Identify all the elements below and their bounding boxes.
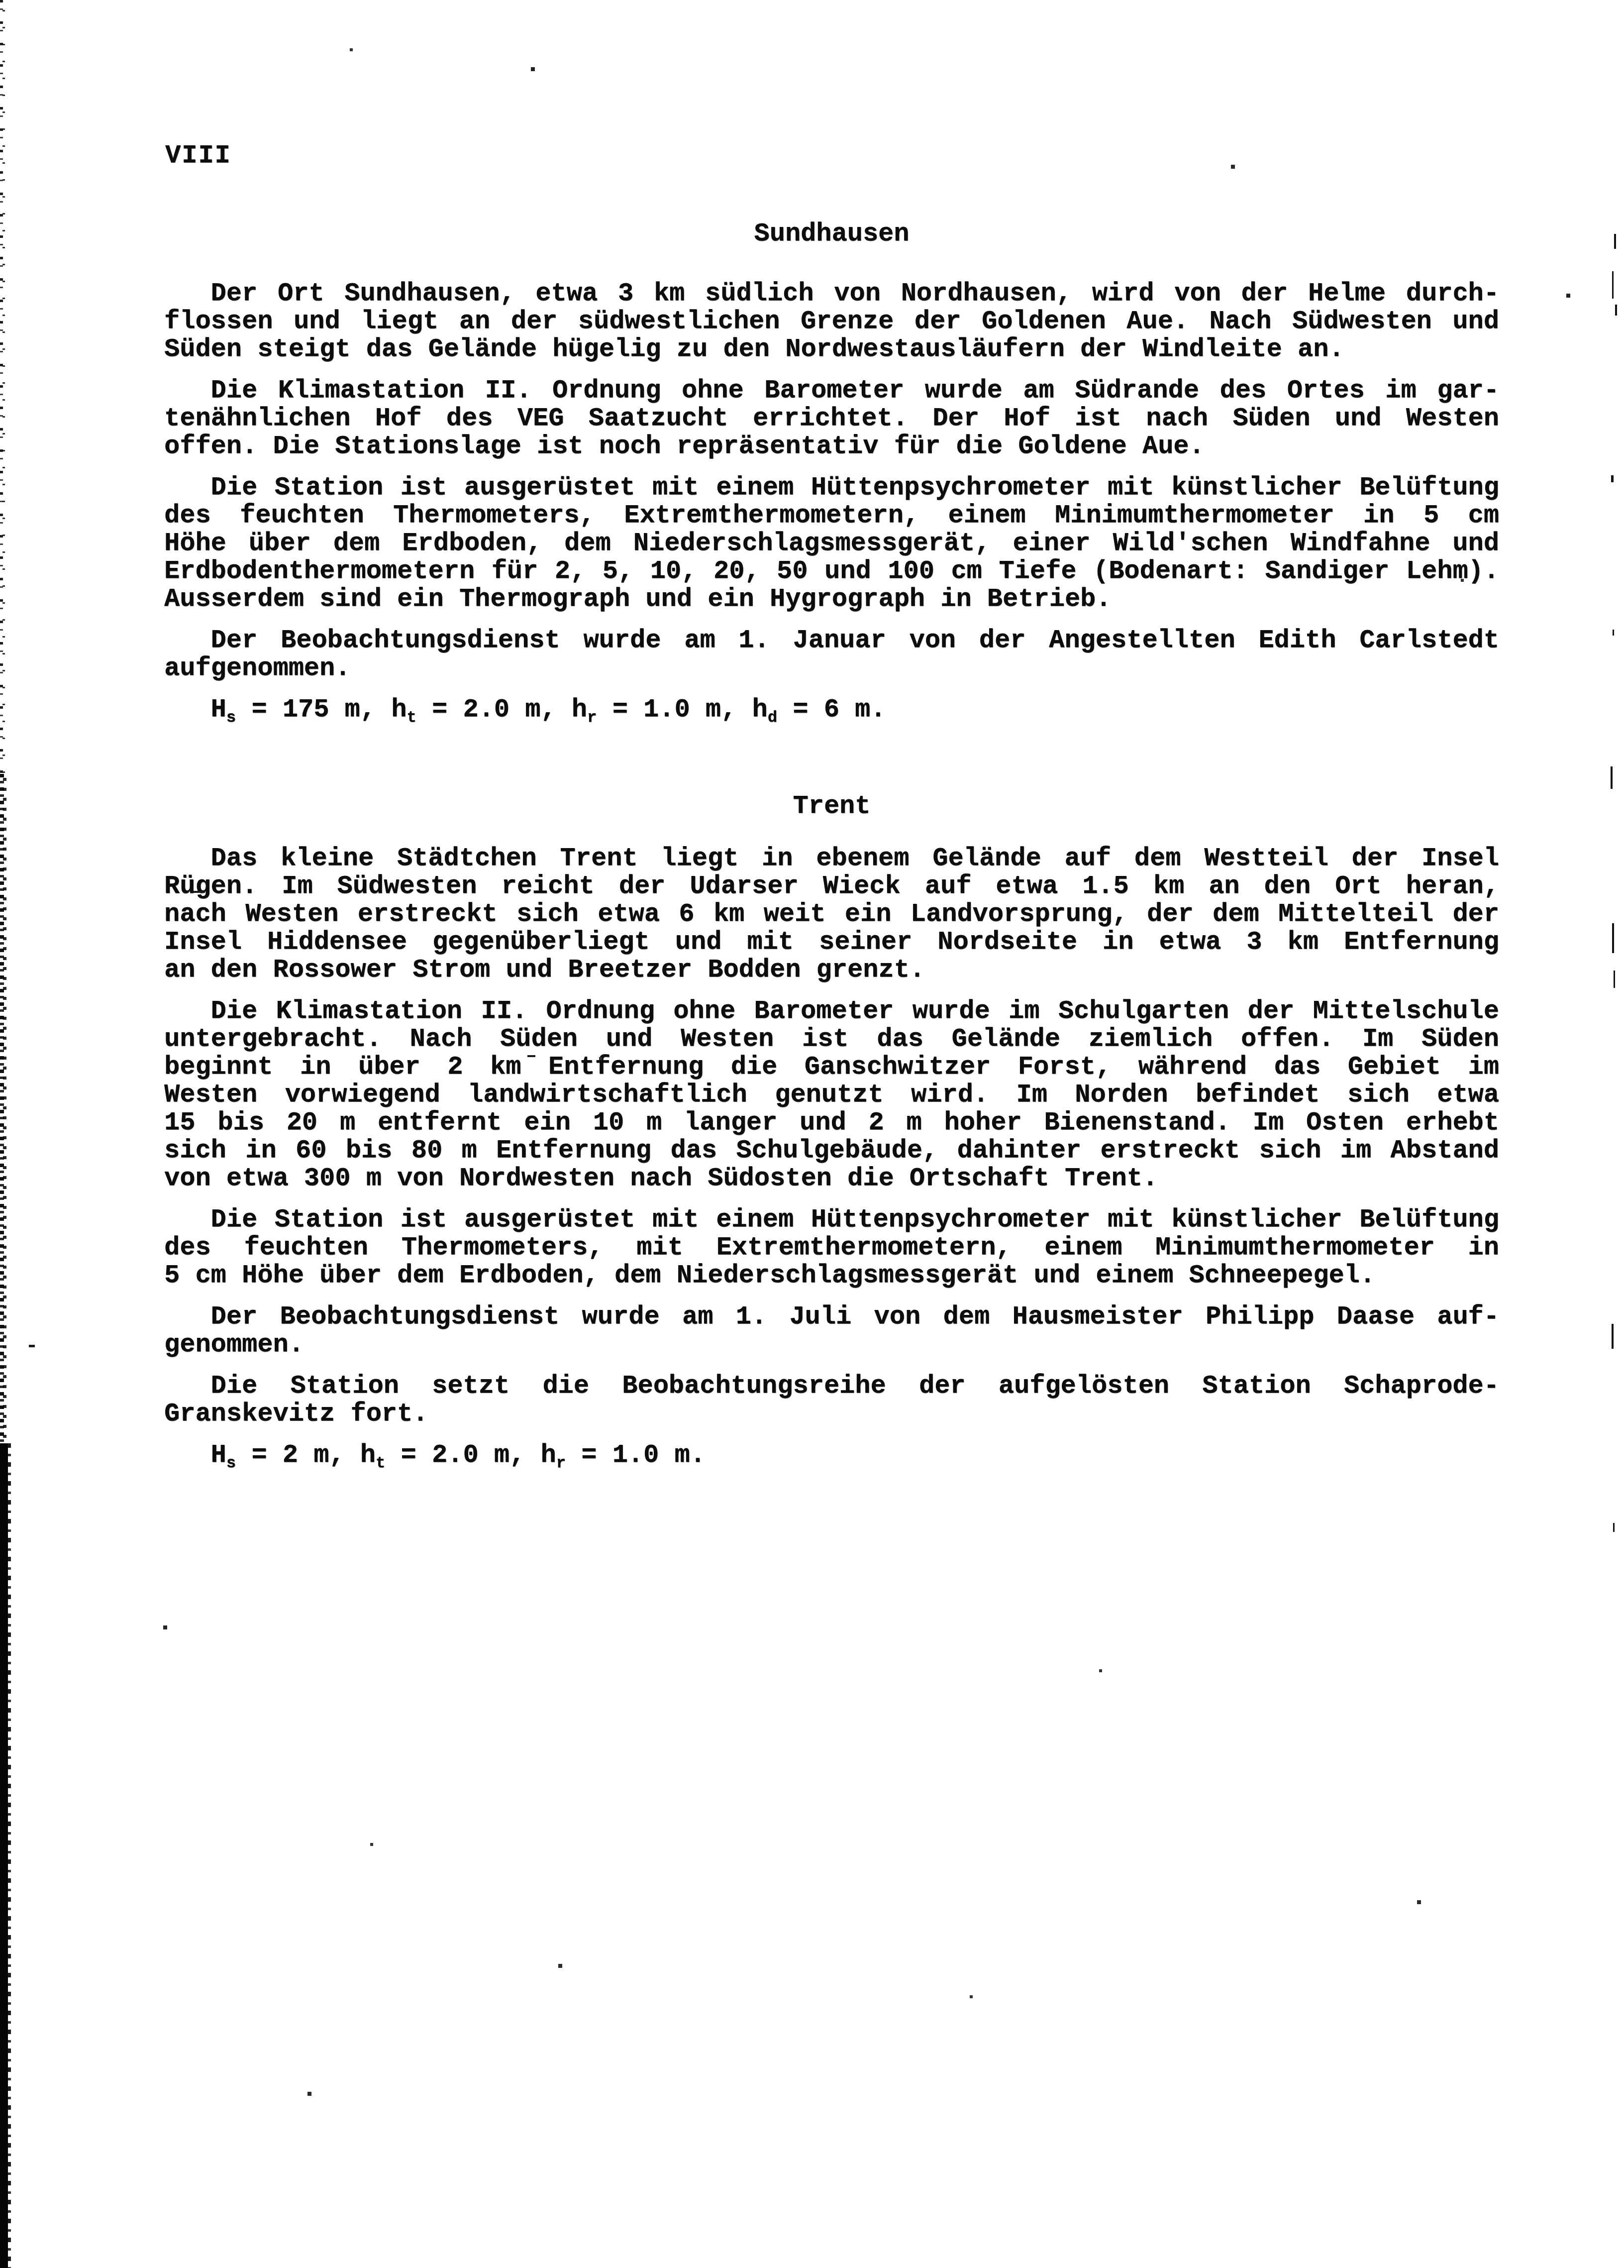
paragraph: Die Station ist ausgerüstet mit einem Hü…: [164, 474, 1499, 613]
document-body: SundhausenDer Ort Sundhausen, etwa 3 km …: [164, 220, 1499, 1483]
text-line: Ausserdem sind ein Thermograph und ein H…: [164, 585, 1499, 613]
text-line: Hs = 2 m, ht = 2.0 m, hr = 1.0 m.: [164, 1441, 1499, 1469]
text-line: Die Station ist ausgerüstet mit einem Hü…: [164, 474, 1499, 502]
text-line: Hs = 175 m, ht = 2.0 m, hr = 1.0 m, hd =…: [164, 696, 1499, 724]
text-line: des feuchten Thermometers, Extremthermom…: [164, 502, 1499, 530]
scanned-document-page: VIII SundhausenDer Ort Sundhausen, etwa …: [0, 0, 1624, 2268]
page-number: VIII: [165, 142, 231, 170]
paragraph: Die Klimastation II. Ordnung ohne Barome…: [164, 997, 1499, 1192]
text-line: Die Station setzt die Beobachtungsreihe …: [164, 1372, 1499, 1400]
paragraph: Die Station ist ausgerüstet mit einem Hü…: [164, 1206, 1499, 1290]
paragraph: Der Beobachtungsdienst wurde am 1. Janua…: [164, 627, 1499, 682]
text-line: Insel Hiddensee gegenüberliegt und mit s…: [164, 928, 1499, 956]
scan-artifact-right-mark: [1613, 1523, 1615, 1532]
text-line: 5 cm Höhe über dem Erdboden, dem Nieders…: [164, 1262, 1499, 1290]
scan-artifact-left-edge-ragged: [8, 1443, 12, 2268]
text-line: genommen.: [164, 1331, 1499, 1359]
text-line: Höhe über dem Erdboden, dem Niederschlag…: [164, 530, 1499, 557]
text-line: Die Station ist ausgerüstet mit einem Hü…: [164, 1206, 1499, 1234]
text-line: Die Klimastation II. Ordnung ohne Barome…: [164, 377, 1499, 405]
paragraph: Der Beobachtungsdienst wurde am 1. Juli …: [164, 1303, 1499, 1359]
text-line: von etwa 300 m von Nordwesten nach Südos…: [164, 1165, 1499, 1192]
text-line: Der Beobachtungsdienst wurde am 1. Juli …: [164, 1303, 1499, 1331]
station-data-line: Hs = 175 m, ht = 2.0 m, hr = 1.0 m, hd =…: [164, 696, 1499, 724]
paragraph: Das kleine Städtchen Trent liegt in eben…: [164, 845, 1499, 984]
scan-artifact-right-mark: [1614, 971, 1615, 988]
scan-artifact-right-mark: [1612, 923, 1614, 953]
text-line: Süden steigt das Gelände hügelig zu den …: [164, 335, 1499, 363]
text-line: nach Westen erstreckt sich etwa 6 km wei…: [164, 900, 1499, 928]
scan-artifact-left-edge-middle: [0, 774, 8, 1443]
text-line: Das kleine Städtchen Trent liegt in eben…: [164, 845, 1499, 872]
scan-artifact-dust: [0, 0, 2, 2]
text-line: beginnt in über 2 km Entfernung die Gans…: [164, 1053, 1499, 1081]
paragraph: Der Ort Sundhausen, etwa 3 km südlich vo…: [164, 280, 1499, 363]
text-line: Rügen. Im Südwesten reicht der Udarser W…: [164, 872, 1499, 900]
text-line: Granskevitz fort.: [164, 1400, 1499, 1428]
text-line: Der Beobachtungsdienst wurde am 1. Janua…: [164, 627, 1499, 654]
paragraph: Die Klimastation II. Ordnung ohne Barome…: [164, 377, 1499, 460]
text-line: 15 bis 20 m entfernt ein 10 m langer und…: [164, 1109, 1499, 1137]
scan-artifact-right-mark: [1611, 766, 1613, 789]
text-line: tenähnlichen Hof des VEG Saatzucht erric…: [164, 405, 1499, 432]
scan-artifact-right-mark: [1614, 234, 1616, 249]
text-line: flossen und liegt an der südwestlichen G…: [164, 308, 1499, 335]
text-line: sich in 60 bis 80 m Entfernung das Schul…: [164, 1137, 1499, 1165]
scan-artifact-right-mark: [1613, 630, 1614, 636]
text-line: offen. Die Stationslage ist noch repräse…: [164, 432, 1499, 460]
text-line: untergebracht. Nach Süden und Westen ist…: [164, 1025, 1499, 1053]
scan-artifact-dash: [29, 1345, 35, 1347]
text-line: Erdbodenthermometern für 2, 5, 10, 20, 5…: [164, 557, 1499, 585]
scan-artifact-right-mark: [1611, 475, 1614, 482]
text-line: an den Rossower Strom und Breetzer Bodde…: [164, 956, 1499, 984]
paragraph: Die Station setzt die Beobachtungsreihe …: [164, 1372, 1499, 1428]
text-line: Die Klimastation II. Ordnung ohne Barome…: [164, 997, 1499, 1025]
scan-artifact-left-edge-bottom: [0, 1443, 8, 2268]
scan-artifact-right-mark: [1612, 1324, 1614, 1349]
scan-artifact-dash: [193, 891, 205, 893]
text-line: Westen vorwiegend landwirtschaftlich gen…: [164, 1081, 1499, 1109]
section-heading: Trent: [164, 792, 1499, 820]
scan-artifact-left-edge-top: [0, 0, 6, 774]
text-line: aufgenommen.: [164, 654, 1499, 682]
scan-artifact-right-mark: [1615, 305, 1617, 316]
station-data-line: Hs = 2 m, ht = 2.0 m, hr = 1.0 m.: [164, 1441, 1499, 1469]
section-heading: Sundhausen: [164, 220, 1499, 248]
text-line: des feuchten Thermometers, mit Extremthe…: [164, 1234, 1499, 1262]
text-line: Der Ort Sundhausen, etwa 3 km südlich vo…: [164, 280, 1499, 308]
scan-artifact-dash: [527, 1055, 535, 1057]
scan-artifact-right-mark: [1612, 271, 1614, 299]
